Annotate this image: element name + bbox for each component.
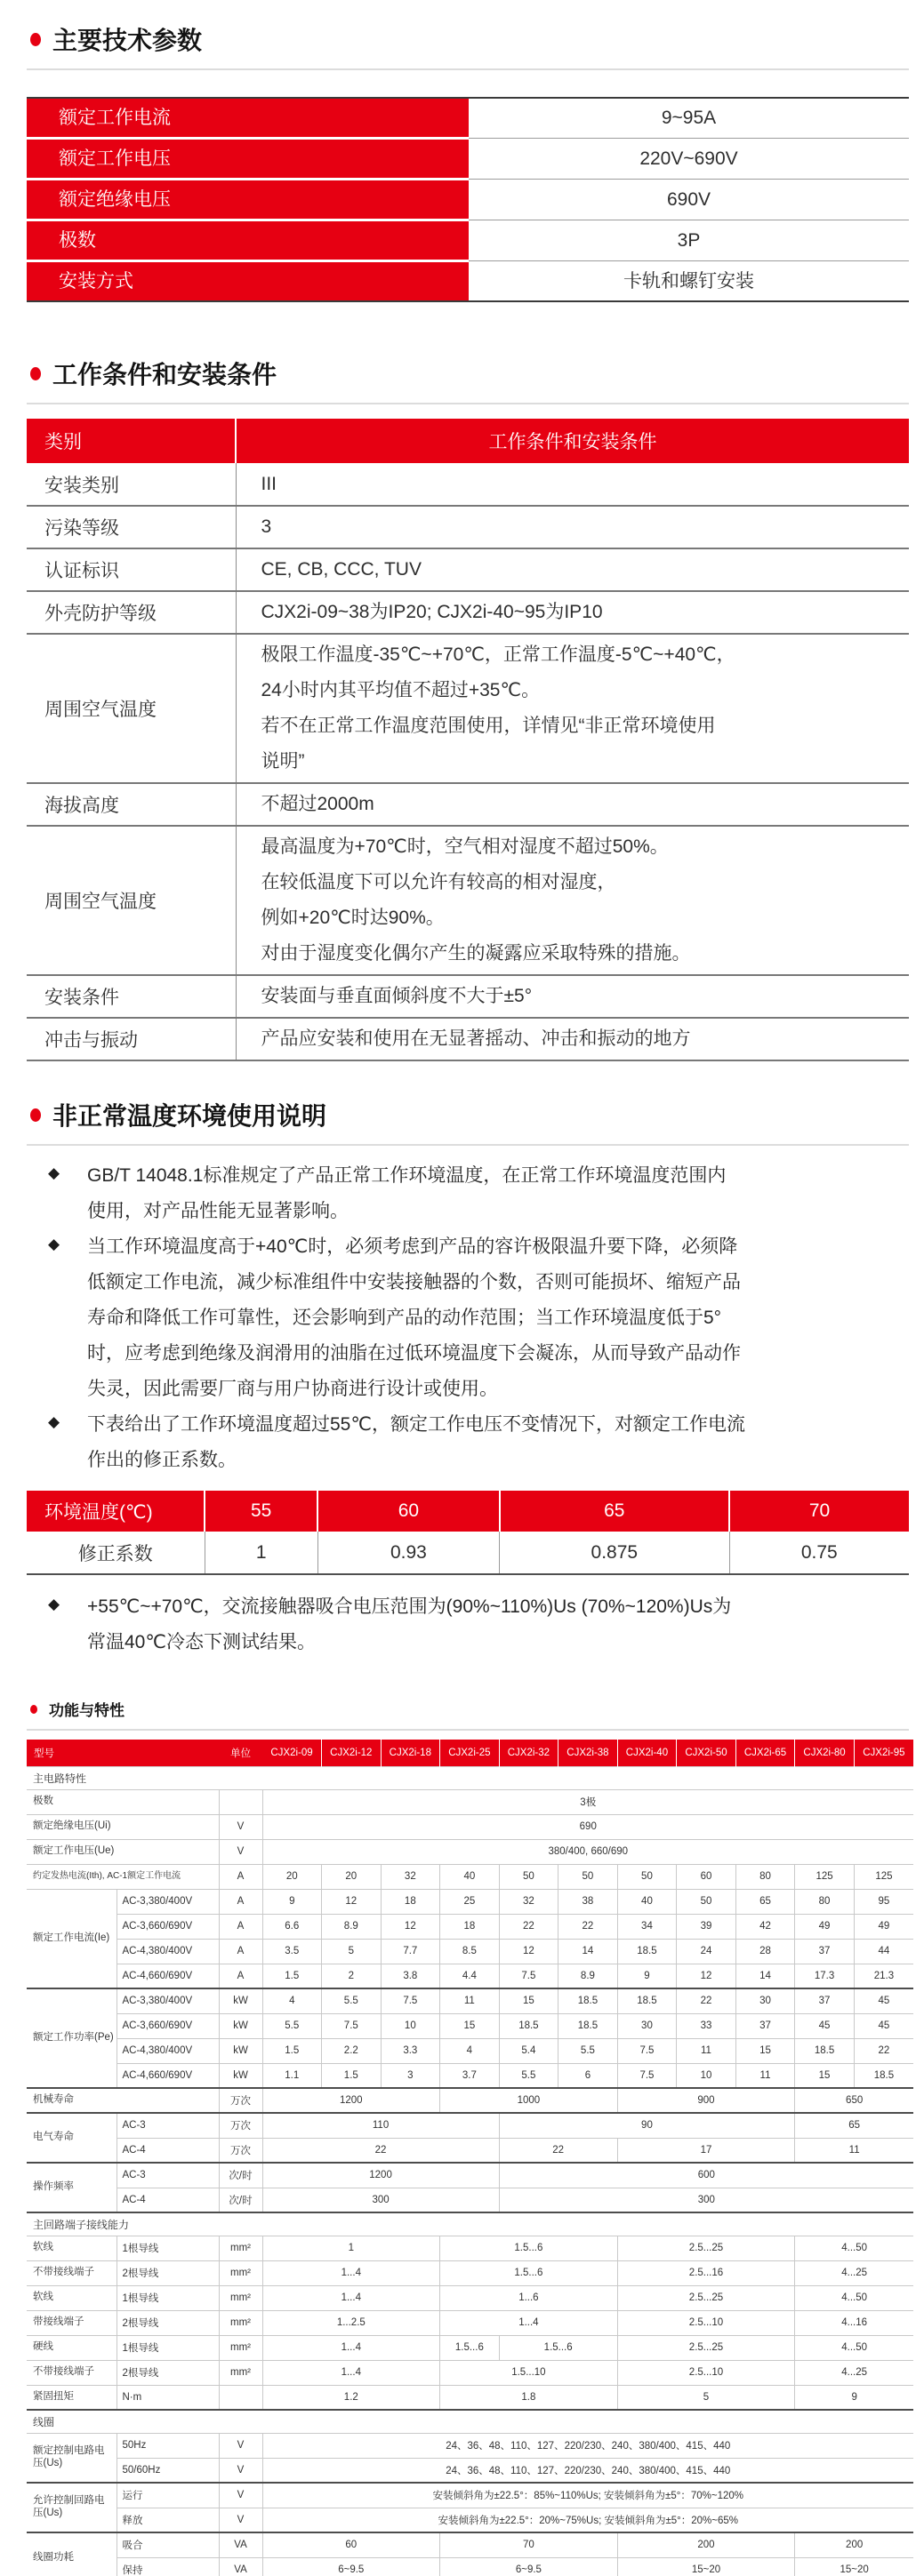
section-abnormal-temp: 非正常温度环境使用说明 ◆GB/T 14048.1标准规定了产品正常工作环境温度… <box>27 1097 909 1660</box>
section-main-params: 主要技术参数 额定工作电流9~95A额定工作电压220V~690V额定绝缘电压6… <box>27 21 909 302</box>
section-title: 非正常温度环境使用说明 <box>52 1097 326 1132</box>
spec-param-label: 不带接线端子 <box>27 2260 117 2285</box>
diamond-bullet-icon: ◆ <box>48 1236 60 1253</box>
correction-value: 0.75 <box>729 1532 909 1574</box>
section-title: 主要技术参数 <box>52 21 202 57</box>
spec-value: 18 <box>440 1914 500 1939</box>
condition-line: 例如+20℃时达90%。 <box>261 900 910 936</box>
spec-data-row: AC-4,380/400VA3.557.78.5121418.524283744 <box>27 1939 913 1964</box>
section-work-conditions: 工作条件和安装条件 类别 工作条件和安装条件 安装类别III污染等级3认证标识C… <box>27 356 909 1061</box>
heading-divider <box>27 68 909 70</box>
spec-value: 17 <box>617 2138 795 2163</box>
condition-value: 3 <box>236 506 909 548</box>
spec-value: 10 <box>677 2063 736 2088</box>
spec-value: 4 <box>440 2038 500 2063</box>
condition-line: CJX2i-09~38为IP20; CJX2i-40~95为IP10 <box>261 595 910 630</box>
datasheet-page: 主要技术参数 额定工作电流9~95A额定工作电压220V~690V额定绝缘电压6… <box>0 0 913 2576</box>
spec-unit: V <box>219 1839 262 1864</box>
spec-data-row: 额定工作电压(Ue)V380/400, 660/690 <box>27 1839 913 1864</box>
spec-value: 15~20 <box>617 2557 795 2576</box>
spec-sub-label: 释放 <box>117 2508 219 2532</box>
spec-unit: V <box>219 2433 262 2458</box>
spec-value: 1.5 <box>262 1964 322 1988</box>
spec-value: 7.5 <box>322 2013 382 2038</box>
spec-data-row: 额定工作功率(Pe)AC-3,380/400VkW45.57.5111518.5… <box>27 1988 913 2013</box>
spec-value: 21.3 <box>854 1964 913 1988</box>
spec-value: 32 <box>381 1864 440 1889</box>
spec-value: 3.8 <box>381 1964 440 1988</box>
note-paragraph: ◆GB/T 14048.1标准规定了产品正常工作环境温度，在正常工作环境温度范围… <box>27 1158 909 1229</box>
spec-value: 33 <box>677 2013 736 2038</box>
col-header-temp-60: 60 <box>317 1491 499 1532</box>
spec-sub-label: 运行 <box>117 2483 219 2508</box>
spec-unit: A <box>219 1864 262 1889</box>
spec-value: 38 <box>558 1889 618 1914</box>
col-header-conditions: 工作条件和安装条件 <box>236 419 909 463</box>
spec-value: 1.5...6 <box>440 2236 618 2260</box>
spec-value: 42 <box>735 1914 795 1939</box>
spec-value: 8.9 <box>322 1914 382 1939</box>
spec-value: 4...25 <box>795 2260 913 2285</box>
condition-row: 认证标识CE, CB, CCC, TUV <box>27 548 909 591</box>
col-header-cjx2i-95: CJX2i-95 <box>854 1740 913 1766</box>
spec-unit: 次/时 <box>219 2188 262 2212</box>
spec-value: 7.5 <box>381 1988 440 2013</box>
spec-data-row: 不带接线端子2根导线mm²1...41.5...62.5...164...25 <box>27 2260 913 2285</box>
correction-row-label: 修正系数 <box>27 1532 205 1574</box>
spec-value: 2 <box>322 1964 382 1988</box>
spec-data-row: 极数3极 <box>27 1789 913 1814</box>
spec-value: 650 <box>795 2088 913 2113</box>
col-header-ambient-temp: 环境温度(℃) <box>27 1491 205 1532</box>
condition-line: 说明” <box>261 744 910 780</box>
spec-unit: 万次 <box>219 2113 262 2138</box>
spec-sub-label: AC-4 <box>117 2138 219 2163</box>
correction-table: 环境温度(℃) 55 60 65 70 修正系数 1 0.93 0.875 0.… <box>27 1491 909 1575</box>
spec-value: 4...50 <box>795 2236 913 2260</box>
spec-value: 10 <box>381 2013 440 2038</box>
spec-value: 37 <box>795 1939 855 1964</box>
spec-value: 15 <box>795 2063 855 2088</box>
spec-data-row: 允许控制回路电压(Us)运行V安装倾斜角为±22.5°：85%~110%Us; … <box>27 2483 913 2508</box>
spec-param-label: 极数 <box>27 1789 219 1814</box>
spec-data-row: AC-3,660/690VkW5.57.5101518.518.53033374… <box>27 2013 913 2038</box>
spec-value: 45 <box>854 2013 913 2038</box>
spec-value: 22 <box>499 2138 617 2163</box>
spec-value: 39 <box>677 1914 736 1939</box>
spec-sub-label: AC-4,660/690V <box>117 2063 219 2088</box>
spec-value: 49 <box>854 1914 913 1939</box>
spec-data-row: 释放V安装倾斜角为±22.5°：20%~75%Us; 安装倾斜角为±5°：20%… <box>27 2508 913 2532</box>
note-line: GB/T 14048.1标准规定了产品正常工作环境温度，在正常工作环境温度范围内 <box>87 1158 909 1194</box>
condition-label: 海拔高度 <box>27 783 236 826</box>
red-bullet-icon <box>30 367 41 380</box>
spec-value: 1.5...6 <box>440 2260 618 2285</box>
spec-unit: V <box>219 2508 262 2532</box>
spec-unit: 万次 <box>219 2138 262 2163</box>
condition-line: 在较低温度下可以允许有较高的相对湿度， <box>261 865 910 900</box>
col-header-cjx2i-38: CJX2i-38 <box>558 1740 618 1766</box>
spec-value: 22 <box>262 2138 499 2163</box>
col-header-cjx2i-12: CJX2i-12 <box>322 1740 382 1766</box>
col-header-model: 型号 <box>27 1740 219 1766</box>
spec-value: 11 <box>795 2138 913 2163</box>
note-line: 下表给出了工作环境温度超过55℃，额定工作电压不变情况下，对额定工作电流 <box>87 1407 909 1443</box>
spec-value: 50 <box>617 1864 677 1889</box>
spec-value: 300 <box>262 2188 499 2212</box>
features-table: 型号单位CJX2i-09CJX2i-12CJX2i-18CJX2i-25CJX2… <box>27 1740 913 2576</box>
col-header-unit: 单位 <box>219 1740 262 1766</box>
spec-param-label: 约定发热电流(Ith), AC-1额定工作电流 <box>27 1864 219 1889</box>
col-header-cjx2i-32: CJX2i-32 <box>499 1740 558 1766</box>
spec-data-row: 约定发热电流(Ith), AC-1额定工作电流A2020324050505060… <box>27 1864 913 1889</box>
main-param-row: 额定绝缘电压690V <box>27 180 909 219</box>
spec-unit: kW <box>219 2063 262 2088</box>
spec-unit: V <box>219 2458 262 2483</box>
spec-param-label: 不带接线端子 <box>27 2360 117 2385</box>
spec-value: 28 <box>735 1939 795 1964</box>
spec-value: 60 <box>262 2532 440 2557</box>
spec-value: 2.5...10 <box>617 2360 795 2385</box>
col-header-temp-55: 55 <box>205 1491 317 1532</box>
condition-line: 3 <box>261 509 910 545</box>
param-value: 3P <box>469 221 909 260</box>
note-line: 失灵，因此需要厂商与用户协商进行设计或使用。 <box>87 1372 909 1407</box>
note-line: 时，应考虑到绝缘及润滑用的油脂在过低环境温度下会凝冻，从而导致产品动作 <box>87 1336 909 1372</box>
spec-data-row: 紧固扭矩N·m1.21.859 <box>27 2385 913 2410</box>
spec-sub-label: AC-3 <box>117 2113 219 2138</box>
spec-value: 1...2.5 <box>262 2310 440 2335</box>
col-header-cjx2i-40: CJX2i-40 <box>617 1740 677 1766</box>
spec-unit <box>219 2385 262 2410</box>
spec-value: 11 <box>677 2038 736 2063</box>
condition-row: 周围空气温度极限工作温度-35℃~+70℃，正常工作温度-5℃~+40℃，24小… <box>27 634 909 783</box>
spec-unit: V <box>219 1814 262 1839</box>
col-header-cjx2i-18: CJX2i-18 <box>381 1740 440 1766</box>
features-table-body: 主电路特性极数3极额定绝缘电压(Ui)V690额定工作电压(Ue)V380/40… <box>27 1766 913 2576</box>
main-params-table: 额定工作电流9~95A额定工作电压220V~690V额定绝缘电压690V极数3P… <box>27 97 909 302</box>
spec-value: 5.5 <box>322 1988 382 2013</box>
spec-value: 5.5 <box>262 2013 322 2038</box>
spec-value: 9 <box>262 1889 322 1914</box>
spec-value: 4...50 <box>795 2285 913 2310</box>
note-paragraph: ◆当工作环境温度高于+40℃时，必须考虑到产品的容许极限温升要下降，必须降低额定… <box>27 1229 909 1407</box>
spec-value: 1.8 <box>440 2385 618 2410</box>
spec-sub-label: 50/60Hz <box>117 2458 219 2483</box>
spec-unit: A <box>219 1939 262 1964</box>
spec-value: 5.4 <box>499 2038 558 2063</box>
spec-value: 25 <box>440 1889 500 1914</box>
note-line: 低额定工作电流，减少标准组件中安装接触器的个数，否则可能损坏、缩短产品 <box>87 1265 909 1300</box>
spec-value: 18.5 <box>617 1988 677 2013</box>
spec-value: 6~9.5 <box>262 2557 440 2576</box>
spec-sub-label: AC-4 <box>117 2188 219 2212</box>
spec-value: 14 <box>558 1939 618 1964</box>
correction-value: 0.93 <box>317 1532 499 1574</box>
spec-value: 9 <box>617 1964 677 1988</box>
spec-value: 5.5 <box>558 2038 618 2063</box>
spec-param-label: 软线 <box>27 2285 117 2310</box>
condition-line: CE, CB, CCC, TUV <box>261 552 910 588</box>
condition-row: 安装类别III <box>27 463 909 506</box>
spec-data-row: 额定绝缘电压(Ui)V690 <box>27 1814 913 1839</box>
spec-value: 7.5 <box>499 1964 558 1988</box>
spec-unit: mm² <box>219 2285 262 2310</box>
spec-sub-label: 50Hz <box>117 2433 219 2458</box>
spec-section-row: 线圈 <box>27 2410 913 2433</box>
spec-value: 1...4 <box>262 2335 440 2360</box>
condition-label: 认证标识 <box>27 548 236 591</box>
spec-value: 37 <box>795 1988 855 2013</box>
spec-data-row: AC-4次/时300300 <box>27 2188 913 2212</box>
spec-value: 15 <box>499 1988 558 2013</box>
spec-value: 12 <box>499 1939 558 1964</box>
spec-value: 20 <box>262 1864 322 1889</box>
condition-row: 污染等级3 <box>27 506 909 548</box>
spec-value: 600 <box>499 2163 913 2188</box>
spec-value: 200 <box>617 2532 795 2557</box>
spec-data-row: 软线1根导线mm²1...41...62.5...254...50 <box>27 2285 913 2310</box>
section-title: 功能与特性 <box>49 1698 125 1720</box>
correction-value: 0.875 <box>500 1532 730 1574</box>
note-paragraph: ◆下表给出了工作环境温度超过55℃，额定工作电压不变情况下，对额定工作电流作出的… <box>27 1407 909 1478</box>
spec-value: 1.5 <box>322 2063 382 2088</box>
spec-sub-label: 2根导线 <box>117 2260 219 2285</box>
spec-value: 3极 <box>262 1789 913 1814</box>
spec-value: 12 <box>381 1914 440 1939</box>
spec-value: 40 <box>617 1889 677 1914</box>
condition-row: 安装条件安装面与垂直面倾斜度不大于±5° <box>27 975 909 1018</box>
spec-data-row: 电气寿命AC-3万次1109065 <box>27 2113 913 2138</box>
spec-data-row: 50/60HzV24、36、48、110、127、220/230、240、380… <box>27 2458 913 2483</box>
col-header-temp-70: 70 <box>729 1491 909 1532</box>
spec-value: 18 <box>381 1889 440 1914</box>
spec-value: 1...4 <box>262 2260 440 2285</box>
spec-value: 34 <box>617 1914 677 1939</box>
spec-value: 4.4 <box>440 1964 500 1988</box>
spec-value: 110 <box>262 2113 499 2138</box>
spec-value: 18.5 <box>499 2013 558 2038</box>
condition-line: 安装面与垂直面倾斜度不大于±5° <box>261 979 910 1014</box>
note-line: 当工作环境温度高于+40℃时，必须考虑到产品的容许极限温升要下降，必须降 <box>87 1229 909 1265</box>
spec-value: 44 <box>854 1939 913 1964</box>
diamond-bullet-icon: ◆ <box>48 1596 60 1613</box>
spec-data-row: AC-3,660/690VA6.68.9121822223439424949 <box>27 1914 913 1939</box>
note-line: 寿命和降低工作可靠性，还会影响到产品的动作范围；当工作环境温度低于5° <box>87 1300 909 1336</box>
correction-header-row: 环境温度(℃) 55 60 65 70 <box>27 1491 909 1532</box>
spec-param-label: 操作频率 <box>27 2163 117 2212</box>
spec-param-label: 硬线 <box>27 2335 117 2360</box>
spec-value: 2.5...16 <box>617 2260 795 2285</box>
condition-line: 最高温度为+70℃时，空气相对湿度不超过50%。 <box>261 829 910 865</box>
condition-value: 安装面与垂直面倾斜度不大于±5° <box>236 975 909 1018</box>
condition-value: CE, CB, CCC, TUV <box>236 548 909 591</box>
spec-value: 80 <box>735 1864 795 1889</box>
spec-value: 30 <box>617 2013 677 2038</box>
condition-label: 安装类别 <box>27 463 236 506</box>
main-param-row: 额定工作电压220V~690V <box>27 140 909 178</box>
spec-section-label: 主回路端子接线能力 <box>27 2212 913 2236</box>
spec-value: 6.6 <box>262 1914 322 1939</box>
spec-value: 14 <box>735 1964 795 1988</box>
abnormal-temp-heading: 非正常温度环境使用说明 <box>27 1097 909 1132</box>
condition-line: 若不在正常工作温度范围使用，详情见“非正常环境使用 <box>261 708 910 744</box>
condition-row: 周围空气温度最高温度为+70℃时，空气相对湿度不超过50%。在较低温度下可以允许… <box>27 826 909 975</box>
spec-value: 4...50 <box>795 2335 913 2360</box>
spec-sub-label: AC-3,380/400V <box>117 1988 219 2013</box>
spec-value: 40 <box>440 1864 500 1889</box>
diamond-bullet-icon: ◆ <box>48 1413 60 1431</box>
spec-data-row: 机械寿命万次12001000900650 <box>27 2088 913 2113</box>
section-title: 工作条件和安装条件 <box>52 356 277 391</box>
spec-sub-label: 保持 <box>117 2557 219 2576</box>
spec-value: 32 <box>499 1889 558 1914</box>
param-label: 额定绝缘电压 <box>27 180 469 219</box>
spec-value: 安装倾斜角为±22.5°：85%~110%Us; 安装倾斜角为±5°：70%~1… <box>262 2483 913 2508</box>
spec-unit: A <box>219 1889 262 1914</box>
spec-sub-label: 吸合 <box>117 2532 219 2557</box>
condition-line: 产品应安装和使用在无显著摇动、冲击和振动的地方 <box>261 1021 910 1057</box>
spec-sub-label: 2根导线 <box>117 2310 219 2335</box>
note-line: +55℃~+70℃，交流接触器吸合电压范围为(90%~110%)Us (70%~… <box>87 1589 909 1625</box>
spec-data-row: AC-4,660/690VA1.523.84.47.58.99121417.32… <box>27 1964 913 1988</box>
note-lines: 下表给出了工作环境温度超过55℃，额定工作电压不变情况下，对额定工作电流作出的修… <box>87 1407 909 1478</box>
param-value: 220V~690V <box>469 140 909 178</box>
spec-value: 45 <box>795 2013 855 2038</box>
spec-value: 125 <box>795 1864 855 1889</box>
spec-section-row: 主回路端子接线能力 <box>27 2212 913 2236</box>
spec-value: 690 <box>262 1814 913 1839</box>
spec-section-label: 线圈 <box>27 2410 913 2433</box>
work-conditions-body: 安装类别III污染等级3认证标识CE, CB, CCC, TUV外壳防护等级CJ… <box>27 463 909 1060</box>
spec-value: 45 <box>854 1988 913 2013</box>
spec-param-label: 额定控制电路电压(Us) <box>27 2433 117 2483</box>
spec-data-row: 线圈功耗吸合VA6070200200 <box>27 2532 913 2557</box>
spec-value: 18.5 <box>617 1939 677 1964</box>
spec-value: 24、36、48、110、127、220/230、240、380/400、415… <box>262 2433 913 2458</box>
spec-value: 6 <box>558 2063 618 2088</box>
col-header-cjx2i-65: CJX2i-65 <box>735 1740 795 1766</box>
spec-value: 24、36、48、110、127、220/230、240、380/400、415… <box>262 2458 913 2483</box>
red-bullet-icon <box>30 1705 37 1714</box>
spec-value: 17.3 <box>795 1964 855 1988</box>
col-header-cjx2i-80: CJX2i-80 <box>795 1740 855 1766</box>
spec-value: 65 <box>735 1889 795 1914</box>
spec-value: 4...16 <box>795 2310 913 2335</box>
spec-param-label: 机械寿命 <box>27 2088 219 2113</box>
col-header-cjx2i-25: CJX2i-25 <box>440 1740 500 1766</box>
param-value: 卡轨和螺钉安装 <box>469 262 909 300</box>
spec-sub-label: 1根导线 <box>117 2285 219 2310</box>
spec-value: 1.5...6 <box>440 2335 500 2360</box>
col-header-cjx2i-09: CJX2i-09 <box>262 1740 322 1766</box>
spec-param-label: 紧固扭矩 <box>27 2385 117 2410</box>
spec-value: 2.5...10 <box>617 2310 795 2335</box>
condition-label: 污染等级 <box>27 506 236 548</box>
spec-value: 125 <box>854 1864 913 1889</box>
condition-row: 冲击与振动产品应安装和使用在无显著摇动、冲击和振动的地方 <box>27 1018 909 1060</box>
spec-unit: mm² <box>219 2310 262 2335</box>
col-header-category: 类别 <box>27 419 236 463</box>
spec-data-row: 保持VA6~9.56~9.515~2015~20 <box>27 2557 913 2576</box>
spec-value: 5 <box>617 2385 795 2410</box>
spec-unit: kW <box>219 2038 262 2063</box>
col-header-temp-65: 65 <box>500 1491 730 1532</box>
spec-value: 50 <box>558 1864 618 1889</box>
spec-value: 1000 <box>440 2088 618 2113</box>
spec-unit: mm² <box>219 2260 262 2285</box>
spec-value: 12 <box>322 1889 382 1914</box>
spec-sub-label: 2根导线 <box>117 2360 219 2385</box>
section-features: 功能与特性 型号单位CJX2i-09CJX2i-12CJX2i-18CJX2i-… <box>27 1698 909 2576</box>
spec-value: 18.5 <box>558 1988 618 2013</box>
spec-value: 11 <box>735 2063 795 2088</box>
spec-value: 12 <box>677 1964 736 1988</box>
spec-param-label: 带接线端子 <box>27 2310 117 2335</box>
spec-value: 3.5 <box>262 1939 322 1964</box>
spec-value: 65 <box>795 2113 913 2138</box>
spec-value: 15 <box>440 2013 500 2038</box>
spec-value: 50 <box>499 1864 558 1889</box>
heading-divider <box>27 1729 909 1731</box>
spec-value: 6~9.5 <box>440 2557 618 2576</box>
spec-value: 1 <box>262 2236 440 2260</box>
work-conditions-heading: 工作条件和安装条件 <box>27 356 909 391</box>
spec-value: 22 <box>854 2038 913 2063</box>
features-heading: 功能与特性 <box>27 1698 909 1720</box>
note-lines: +55℃~+70℃，交流接触器吸合电压范围为(90%~110%)Us (70%~… <box>87 1589 909 1660</box>
spec-value: 18.5 <box>558 2013 618 2038</box>
features-header-row: 型号单位CJX2i-09CJX2i-12CJX2i-18CJX2i-25CJX2… <box>27 1740 913 1766</box>
condition-line: 对由于湿度变化偶尔产生的凝露应采取特殊的措施。 <box>261 936 910 972</box>
spec-value: 2.5...25 <box>617 2236 795 2260</box>
condition-value: 产品应安装和使用在无显著摇动、冲击和振动的地方 <box>236 1018 909 1060</box>
spec-unit: VA <box>219 2557 262 2576</box>
spec-value: 1.5 <box>262 2038 322 2063</box>
spec-data-row: AC-4万次22221711 <box>27 2138 913 2163</box>
param-value: 9~95A <box>469 99 909 137</box>
note-line: 作出的修正系数。 <box>87 1443 909 1478</box>
work-conditions-table: 类别 工作条件和安装条件 安装类别III污染等级3认证标识CE, CB, CCC… <box>27 419 909 1061</box>
param-label: 额定工作电压 <box>27 140 469 178</box>
spec-value: 1.1 <box>262 2063 322 2088</box>
spec-unit: kW <box>219 2013 262 2038</box>
heading-divider <box>27 1144 909 1146</box>
condition-value: 不超过2000m <box>236 783 909 826</box>
red-bullet-icon <box>30 33 41 46</box>
condition-label: 外壳防护等级 <box>27 591 236 634</box>
spec-value: 380/400, 660/690 <box>262 1839 913 1864</box>
spec-param-label: 额定工作功率(Pe) <box>27 1988 117 2088</box>
spec-value: 37 <box>735 2013 795 2038</box>
spec-value: 1200 <box>262 2088 440 2113</box>
spec-value: 95 <box>854 1889 913 1914</box>
spec-value: 49 <box>795 1914 855 1939</box>
spec-unit <box>219 1789 262 1814</box>
condition-line: 24小时内其平均值不超过+35℃。 <box>261 673 910 708</box>
spec-value: 3 <box>381 2063 440 2088</box>
spec-section-row: 主电路特性 <box>27 1766 913 1789</box>
spec-value: 22 <box>499 1914 558 1939</box>
condition-value: III <box>236 463 909 506</box>
spec-value: 200 <box>795 2532 913 2557</box>
spec-sub-label: AC-3 <box>117 2163 219 2188</box>
diamond-bullet-icon: ◆ <box>48 1164 60 1182</box>
spec-value: 9 <box>795 2385 913 2410</box>
spec-value: 15~20 <box>795 2557 913 2576</box>
spec-value: 18.5 <box>854 2063 913 2088</box>
spec-value: 1.5...6 <box>499 2335 617 2360</box>
